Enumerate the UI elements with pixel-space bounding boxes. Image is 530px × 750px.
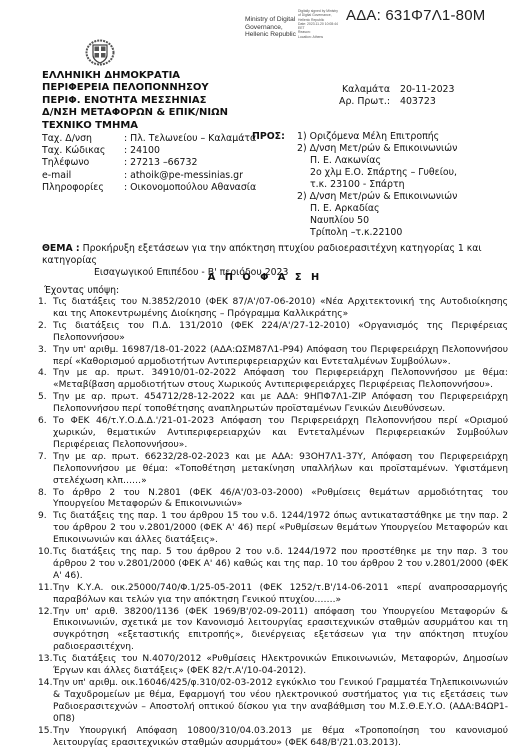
item-text: Το ΦΕΚ 46/τ.Υ.Ο.Δ.Δ.'/21-01-2023 Απόφαση… <box>53 416 508 452</box>
ada-code: ΑΔΑ: 631Φ7Λ1-80Μ <box>346 7 485 24</box>
item-number: 2. <box>38 321 53 345</box>
list-item: 3.Την υπ' αριθμ. 16987/18-01-2022 (ΑΔΑ:Ω… <box>38 345 508 369</box>
recipients-list: 1) Οριζόμενα Μέλη Επιτροπής2) Δ/νση Μετ/… <box>297 131 457 239</box>
list-item: 7.Την με αρ. πρωτ. 66232/28-02-2023 και … <box>38 452 508 488</box>
signature-org-line: Hellenic Republic <box>245 31 296 39</box>
item-number: 4. <box>38 368 53 392</box>
item-number: 6. <box>38 416 53 452</box>
contact-value: : 24100 <box>124 145 160 157</box>
item-text: Τις διατάξεις του Ν.4070/2012 «Ρυθμίσεις… <box>53 654 508 678</box>
item-text: Την με αρ. πρωτ. 66232/28-02-2023 και με… <box>53 452 508 488</box>
item-number: 8. <box>38 488 53 512</box>
item-text: Την με αρ. πρωτ. 34910/01-02-2022 Απόφασ… <box>53 368 508 392</box>
header-line: Δ/ΝΣΗ ΜΕΤΑΦΟΡΩΝ & ΕΠΙΚ/ΝΙΩΝ <box>42 107 228 119</box>
header-line: ΕΛΛΗΝΙΚΗ ΔΗΜΟΚΡΑΤΙΑ <box>42 70 228 82</box>
contact-value: : Πλ. Τελωνείου – Καλαμάτα <box>124 133 256 145</box>
list-item: 4.Την με αρ. πρωτ. 34910/01-02-2022 Απόφ… <box>38 368 508 392</box>
contact-details: Ταχ. Δ/νση : Πλ. Τελωνείου – Καλαμάτα Τα… <box>42 133 256 194</box>
recipient-line: 2) Δ/νση Μετ/ρών & Επικοινωνιών <box>297 143 457 155</box>
recipient-line: 1) Οριζόμενα Μέλη Επιτροπής <box>297 131 457 143</box>
item-number: 7. <box>38 452 53 488</box>
recipient-line: 2) Δ/νση Μετ/ρών & Επικοινωνιών <box>297 191 457 203</box>
item-text: Την υπ' αριθμ. 16987/18-01-2022 (ΑΔΑ:ΩΣΜ… <box>53 345 508 369</box>
item-number: 11. <box>38 583 53 607</box>
item-number: 3. <box>38 345 53 369</box>
document-date: 20-11-2023 <box>400 84 454 96</box>
list-item: 6.Το ΦΕΚ 46/τ.Υ.Ο.Δ.Δ.'/21-01-2023 Απόφα… <box>38 416 508 452</box>
contact-label: e-mail <box>42 170 124 182</box>
item-text: Την υπ' αριθμ. οικ.16046/425/φ.310/02-03… <box>53 678 508 726</box>
greek-coat-of-arms-icon <box>85 39 115 66</box>
list-item: 1.Τις διατάξεις του Ν.3852/2010 (ΦΕΚ 87/… <box>38 297 508 321</box>
item-number: 15. <box>38 726 53 750</box>
list-item: 8.Το άρθρο 2 του Ν.2801 (ΦΕΚ 46/Α'/03-03… <box>38 488 508 512</box>
list-item: 14.Την υπ' αριθμ. οικ.16046/425/φ.310/02… <box>38 678 508 726</box>
place-label: Καλαμάτα <box>335 84 400 96</box>
header-line: ΠΕΡΙΦ. ΕΝΟΤΗΤΑ ΜΕΣΣΗΝΙΑΣ <box>42 95 228 107</box>
list-item: 10.Τις διατάξεις της παρ. 5 του άρθρου 2… <box>38 547 508 583</box>
contact-label: Τηλέφωνο <box>42 157 124 169</box>
list-item: 12.Την υπ' αριθ. 38200/1136 (ΦΕΚ 1969/Β'… <box>38 607 508 655</box>
item-text: Την Κ.Υ.Α. οικ.25000/740/Φ.1/25-05-2011 … <box>53 583 508 607</box>
item-text: Το άρθρο 2 του Ν.2801 (ΦΕΚ 46/Α'/03-03-2… <box>53 488 508 512</box>
contact-label: Ταχ. Κώδικας <box>42 145 124 157</box>
subject-text: Προκήρυξη εξετάσεων για την απόκτηση πτυ… <box>42 243 481 266</box>
list-item: 5.Την με αρ. πρωτ. 454712/28-12-2022 και… <box>38 392 508 416</box>
contact-label: Πληροφορίες <box>42 182 124 194</box>
signature-org-line: Governance, <box>245 24 296 32</box>
subject-label: ΘΕΜΑ : <box>42 243 80 254</box>
list-item: 15.Την Υπουργική Απόφαση 10800/310/04.03… <box>38 726 508 750</box>
item-number: 5. <box>38 392 53 416</box>
header-line: ΤΕΧΝΙΚΟ ΤΜΗΜΑ <box>42 120 228 132</box>
item-text: Τις διατάξεις του Π.Δ. 131/2010 (ΦΕΚ 224… <box>53 321 508 345</box>
item-number: 10. <box>38 547 53 583</box>
signature-org-line: Ministry of Digital <box>245 16 296 24</box>
item-text: Την με αρ. πρωτ. 454712/28-12-2022 και μ… <box>53 392 508 416</box>
considerations-list: 1.Τις διατάξεις του Ν.3852/2010 (ΦΕΚ 87/… <box>38 297 508 749</box>
item-number: 1. <box>38 297 53 321</box>
date-row: Καλαμάτα 20-11-2023 <box>335 84 454 96</box>
issuer-header: ΕΛΛΗΝΙΚΗ ΔΗΜΟΚΡΑΤΙΑ ΠΕΡΙΦΕΡΕΙΑ ΠΕΛΟΠΟΝΝΗ… <box>42 70 228 132</box>
protocol-number: 403723 <box>400 96 436 108</box>
contact-row-phone: Τηλέφωνο : 27213 –66732 <box>42 157 256 169</box>
list-item: 11.Την Κ.Υ.Α. οικ.25000/740/Φ.1/25-05-20… <box>38 583 508 607</box>
recipient-line: Π. Ε. Αρκαδίας <box>297 203 457 215</box>
item-text: Την Υπουργική Απόφαση 10800/310/04.03.20… <box>53 726 508 750</box>
contact-row-postcode: Ταχ. Κώδικας : 24100 <box>42 145 256 157</box>
contact-value: : Οικονομοπούλου Αθανασία <box>124 182 256 194</box>
recipient-line: Τρίπολη –τ.κ.22100 <box>297 227 457 239</box>
item-text: Την υπ' αριθ. 38200/1136 (ΦΕΚ 1969/Β'/02… <box>53 607 508 655</box>
item-text: Τις διατάξεις του Ν.3852/2010 (ΦΕΚ 87/Α'… <box>53 297 508 321</box>
recipient-line: 2ο χλμ Ε.Ο. Σπάρτης – Γυθείου, <box>297 167 457 179</box>
recipient-line: Ναυπλίου 50 <box>297 215 457 227</box>
item-text: Τις διατάξεις της παρ. 5 του άρθρου 2 το… <box>53 547 508 583</box>
signature-detail-line: Location: Athens <box>298 35 358 39</box>
contact-label: Ταχ. Δ/νση <box>42 133 124 145</box>
item-number: 12. <box>38 607 53 655</box>
contact-row-email: e-mail : athoik@pe-messinias.gr <box>42 170 256 182</box>
protocol-row: Αρ. Πρωτ.: 403723 <box>335 96 454 108</box>
header-line: ΠΕΡΙΦΕΡΕΙΑ ΠΕΛΟΠΟΝΝΗΣΟΥ <box>42 82 228 94</box>
item-number: 9. <box>38 511 53 547</box>
list-item: 2.Τις διατάξεις του Π.Δ. 131/2010 (ΦΕΚ 2… <box>38 321 508 345</box>
item-number: 14. <box>38 678 53 726</box>
protocol-label: Αρ. Πρωτ.: <box>335 96 400 108</box>
recipients-label: ΠΡΟΣ: <box>252 131 285 142</box>
signature-organization: Ministry of Digital Governance, Hellenic… <box>245 16 296 39</box>
item-number: 13. <box>38 654 53 678</box>
list-item: 9.Τις διατάξεις της παρ. 1 του άρθρου 15… <box>38 511 508 547</box>
contact-value: : 27213 –66732 <box>124 157 197 169</box>
contact-value[interactable]: : athoik@pe-messinias.gr <box>124 170 243 182</box>
item-text: Τις διατάξεις της παρ. 1 του άρθρου 15 τ… <box>53 511 508 547</box>
recipient-line: τ.κ. 23100 - Σπάρτη <box>297 179 457 191</box>
signature-details: Digitally signed by Ministry of Digital … <box>298 9 358 39</box>
list-item: 13.Τις διατάξεις του Ν.4070/2012 «Ρυθμίσ… <box>38 654 508 678</box>
considerations-intro: Έχοντας υπόψη: <box>44 285 119 296</box>
contact-row-info: Πληροφορίες : Οικονομοπούλου Αθανασία <box>42 182 256 194</box>
decision-title: Α Π Ο Φ Α Σ Η <box>0 272 530 283</box>
contact-row-address: Ταχ. Δ/νση : Πλ. Τελωνείου – Καλαμάτα <box>42 133 256 145</box>
recipient-line: Π. Ε. Λακωνίας <box>297 155 457 167</box>
date-protocol-block: Καλαμάτα 20-11-2023 Αρ. Πρωτ.: 403723 <box>335 84 454 108</box>
